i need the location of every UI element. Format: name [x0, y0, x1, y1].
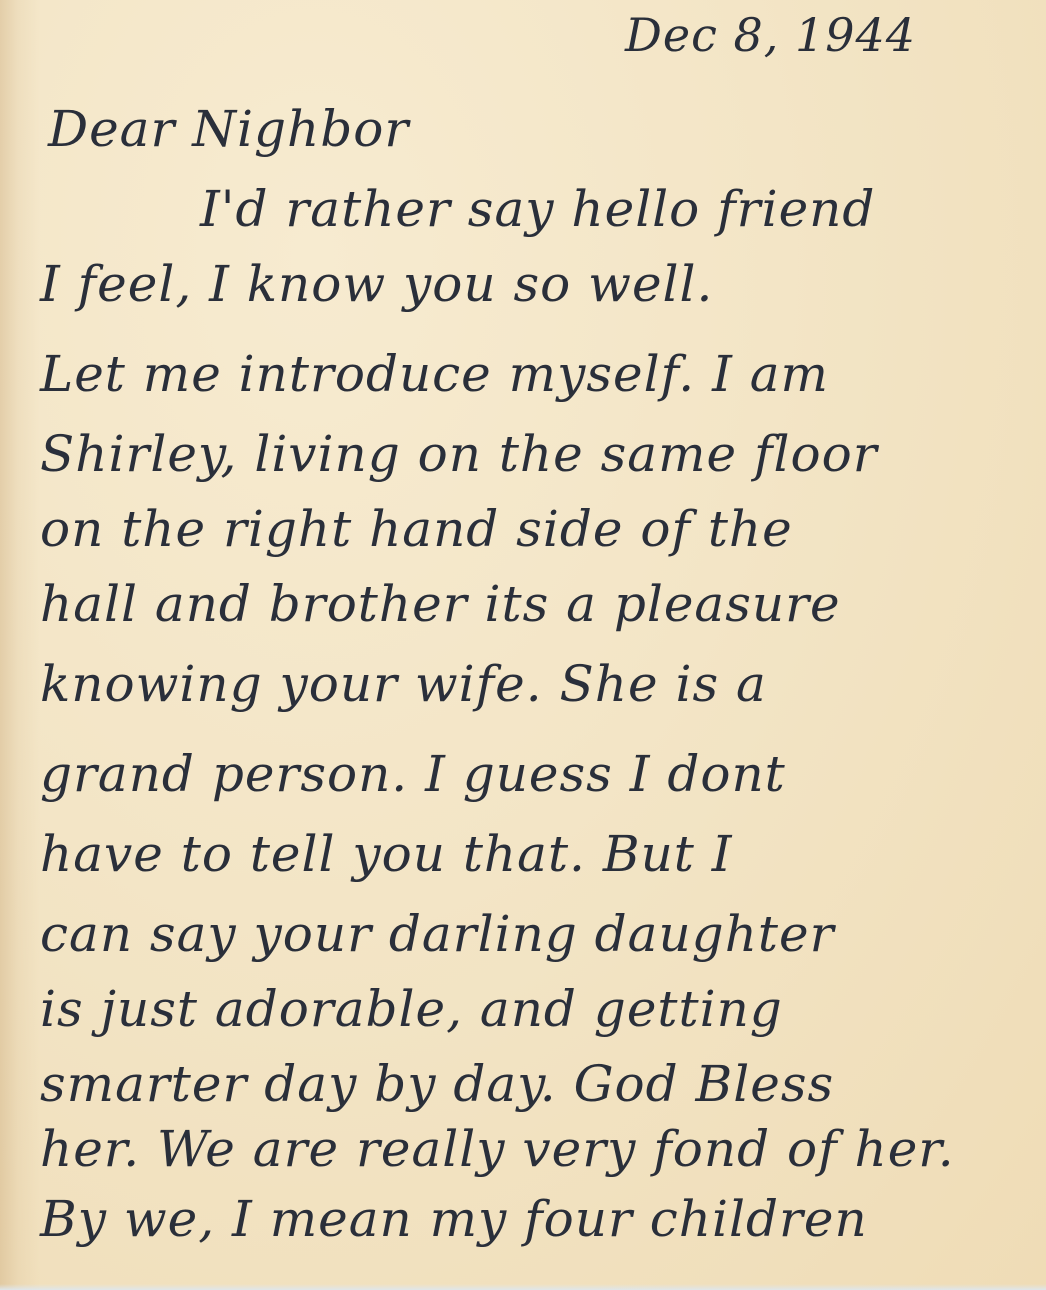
letter-line: I'd rather say hello friend: [200, 180, 1046, 238]
letter-line: Let me introduce myself. I am: [40, 345, 1040, 403]
letter-page: Dec 8, 1944 Dear Nighbor I'd rather say …: [0, 0, 1046, 1290]
letter-line: hall and brother its a pleasure: [40, 575, 1040, 633]
letter-line: can say your darling daughter: [40, 905, 1040, 963]
letter-line: have to tell you that. But I: [40, 825, 1040, 883]
letter-line: Shirley, living on the same floor: [40, 425, 1040, 483]
letter-line: on the right hand side of the: [40, 500, 1040, 558]
letter-line: By we, I mean my four children: [40, 1190, 1040, 1248]
letter-line: I feel, I know you so well.: [40, 255, 1040, 313]
letter-salutation: Dear Nighbor: [48, 100, 409, 158]
letter-line: knowing your wife. She is a: [40, 655, 1040, 713]
letter-line: smarter day by day. God Bless: [40, 1055, 1040, 1113]
letter-line: is just adorable, and getting: [40, 980, 1040, 1038]
letter-line: her. We are really very fond of her.: [40, 1120, 1040, 1178]
letter-line: grand person. I guess I dont: [40, 745, 1040, 803]
letter-date: Dec 8, 1944: [625, 8, 916, 62]
